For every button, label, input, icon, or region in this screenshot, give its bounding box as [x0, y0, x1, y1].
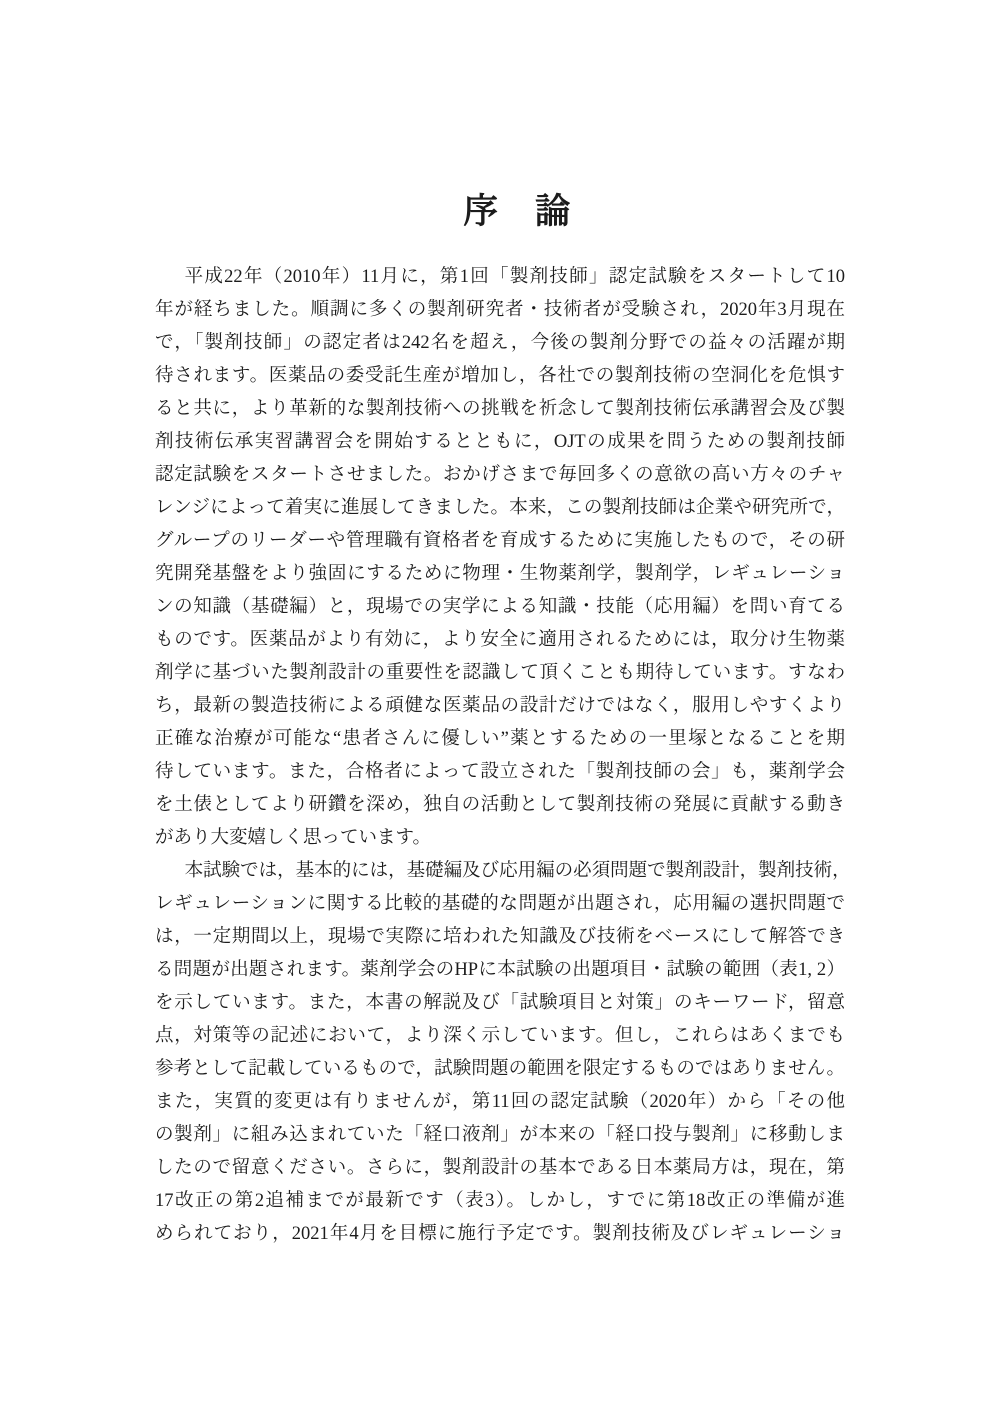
body-text: 平成22年（2010年）11月に，第1回「製剤技師」認定試験をスタートして10年… — [155, 261, 845, 1251]
text-line: は，一定期間以上，現場で実際に培われた知識及び技術をベースにして解答でき — [155, 921, 845, 954]
text-line: 点，対策等の記述において，より深く示しています。但し，これらはあくまでも — [155, 1020, 845, 1053]
text-line: 年が経ちました。順調に多くの製剤研究者・技術者が受験され，2020年3月現在 — [155, 294, 845, 327]
text-line: 平成22年（2010年）11月に，第1回「製剤技師」認定試験をスタートして10 — [155, 261, 845, 294]
text-line: ものです。医薬品がより有効に，より安全に適用されるためには，取分け生物薬 — [155, 624, 845, 657]
text-line: の製剤」に組み込まれていた「経口液剤」が本来の「経口投与製剤」に移動しま — [155, 1119, 845, 1152]
text-line: で，「製剤技師」の認定者は242名を超え，今後の製剤分野での益々の活躍が期 — [155, 327, 845, 360]
text-line: ると共に，より革新的な製剤技術への挑戦を祈念して製剤技術伝承講習会及び製 — [155, 393, 845, 426]
text-line: る問題が出題されます。薬剤学会のHPに本試験の出題項目・試験の範囲（表1, 2） — [155, 954, 845, 987]
document-page: 序 論 平成22年（2010年）11月に，第1回「製剤技師」認定試験をスタートし… — [0, 0, 1000, 1413]
text-line: 認定試験をスタートさせました。おかげさまで毎回多くの意欲の高い方々のチャ — [155, 459, 845, 492]
text-line: 待しています。また，合格者によって設立された「製剤技師の会」も，薬剤学会 — [155, 756, 845, 789]
page-title: 序 論 — [17, 188, 1000, 236]
text-line: を土俵としてより研鑽を深め，独自の活動として製剤技術の発展に貢献する動き — [155, 789, 845, 822]
text-line: また，実質的変更は有りませんが，第11回の認定試験（2020年）から「その他 — [155, 1086, 845, 1119]
text-line: 17改正の第2追補までが最新です（表3）。しかし，すでに第18改正の準備が進 — [155, 1185, 845, 1218]
text-line: 参考として記載しているもので，試験問題の範囲を限定するものではありません。 — [155, 1053, 845, 1086]
text-line: 剤技術伝承実習講習会を開始するとともに，OJTの成果を問うための製剤技師 — [155, 426, 845, 459]
text-line: 究開発基盤をより強固にするために物理・生物薬剤学，製剤学，レギュレーショ — [155, 558, 845, 591]
text-line: グループのリーダーや管理職有資格者を育成するために実施したもので，その研 — [155, 525, 845, 558]
text-line: したので留意ください。さらに，製剤設計の基本である日本薬局方は，現在，第 — [155, 1152, 845, 1185]
text-line: レンジによって着実に進展してきました。本来，この製剤技師は企業や研究所で， — [155, 492, 845, 525]
text-line: 正確な治療が可能な“患者さんに優しい”薬とするための一里塚となることを期 — [155, 723, 845, 756]
text-line: 剤学に基づいた製剤設計の重要性を認識して頂くことも期待しています。すなわ — [155, 657, 845, 690]
text-line: を示しています。また，本書の解説及び「試験項目と対策」のキーワード，留意 — [155, 987, 845, 1020]
text-line: められており，2021年4月を目標に施行予定です。製剤技術及びレギュレーショ — [155, 1218, 845, 1251]
text-line: ち，最新の製造技術による頑健な医薬品の設計だけではなく，服用しやすくより — [155, 690, 845, 723]
text-line: 待されます。医薬品の委受託生産が増加し，各社での製剤技術の空洞化を危惧す — [155, 360, 845, 393]
text-line: ンの知識（基礎編）と，現場での実学による知識・技能（応用編）を問い育てる — [155, 591, 845, 624]
text-line: 本試験では，基本的には，基礎編及び応用編の必須問題で製剤設計，製剤技術， — [155, 855, 845, 888]
text-line: があり大変嬉しく思っています。 — [155, 822, 845, 855]
text-line: レギュレーションに関する比較的基礎的な問題が出題され，応用編の選択問題で — [155, 888, 845, 921]
